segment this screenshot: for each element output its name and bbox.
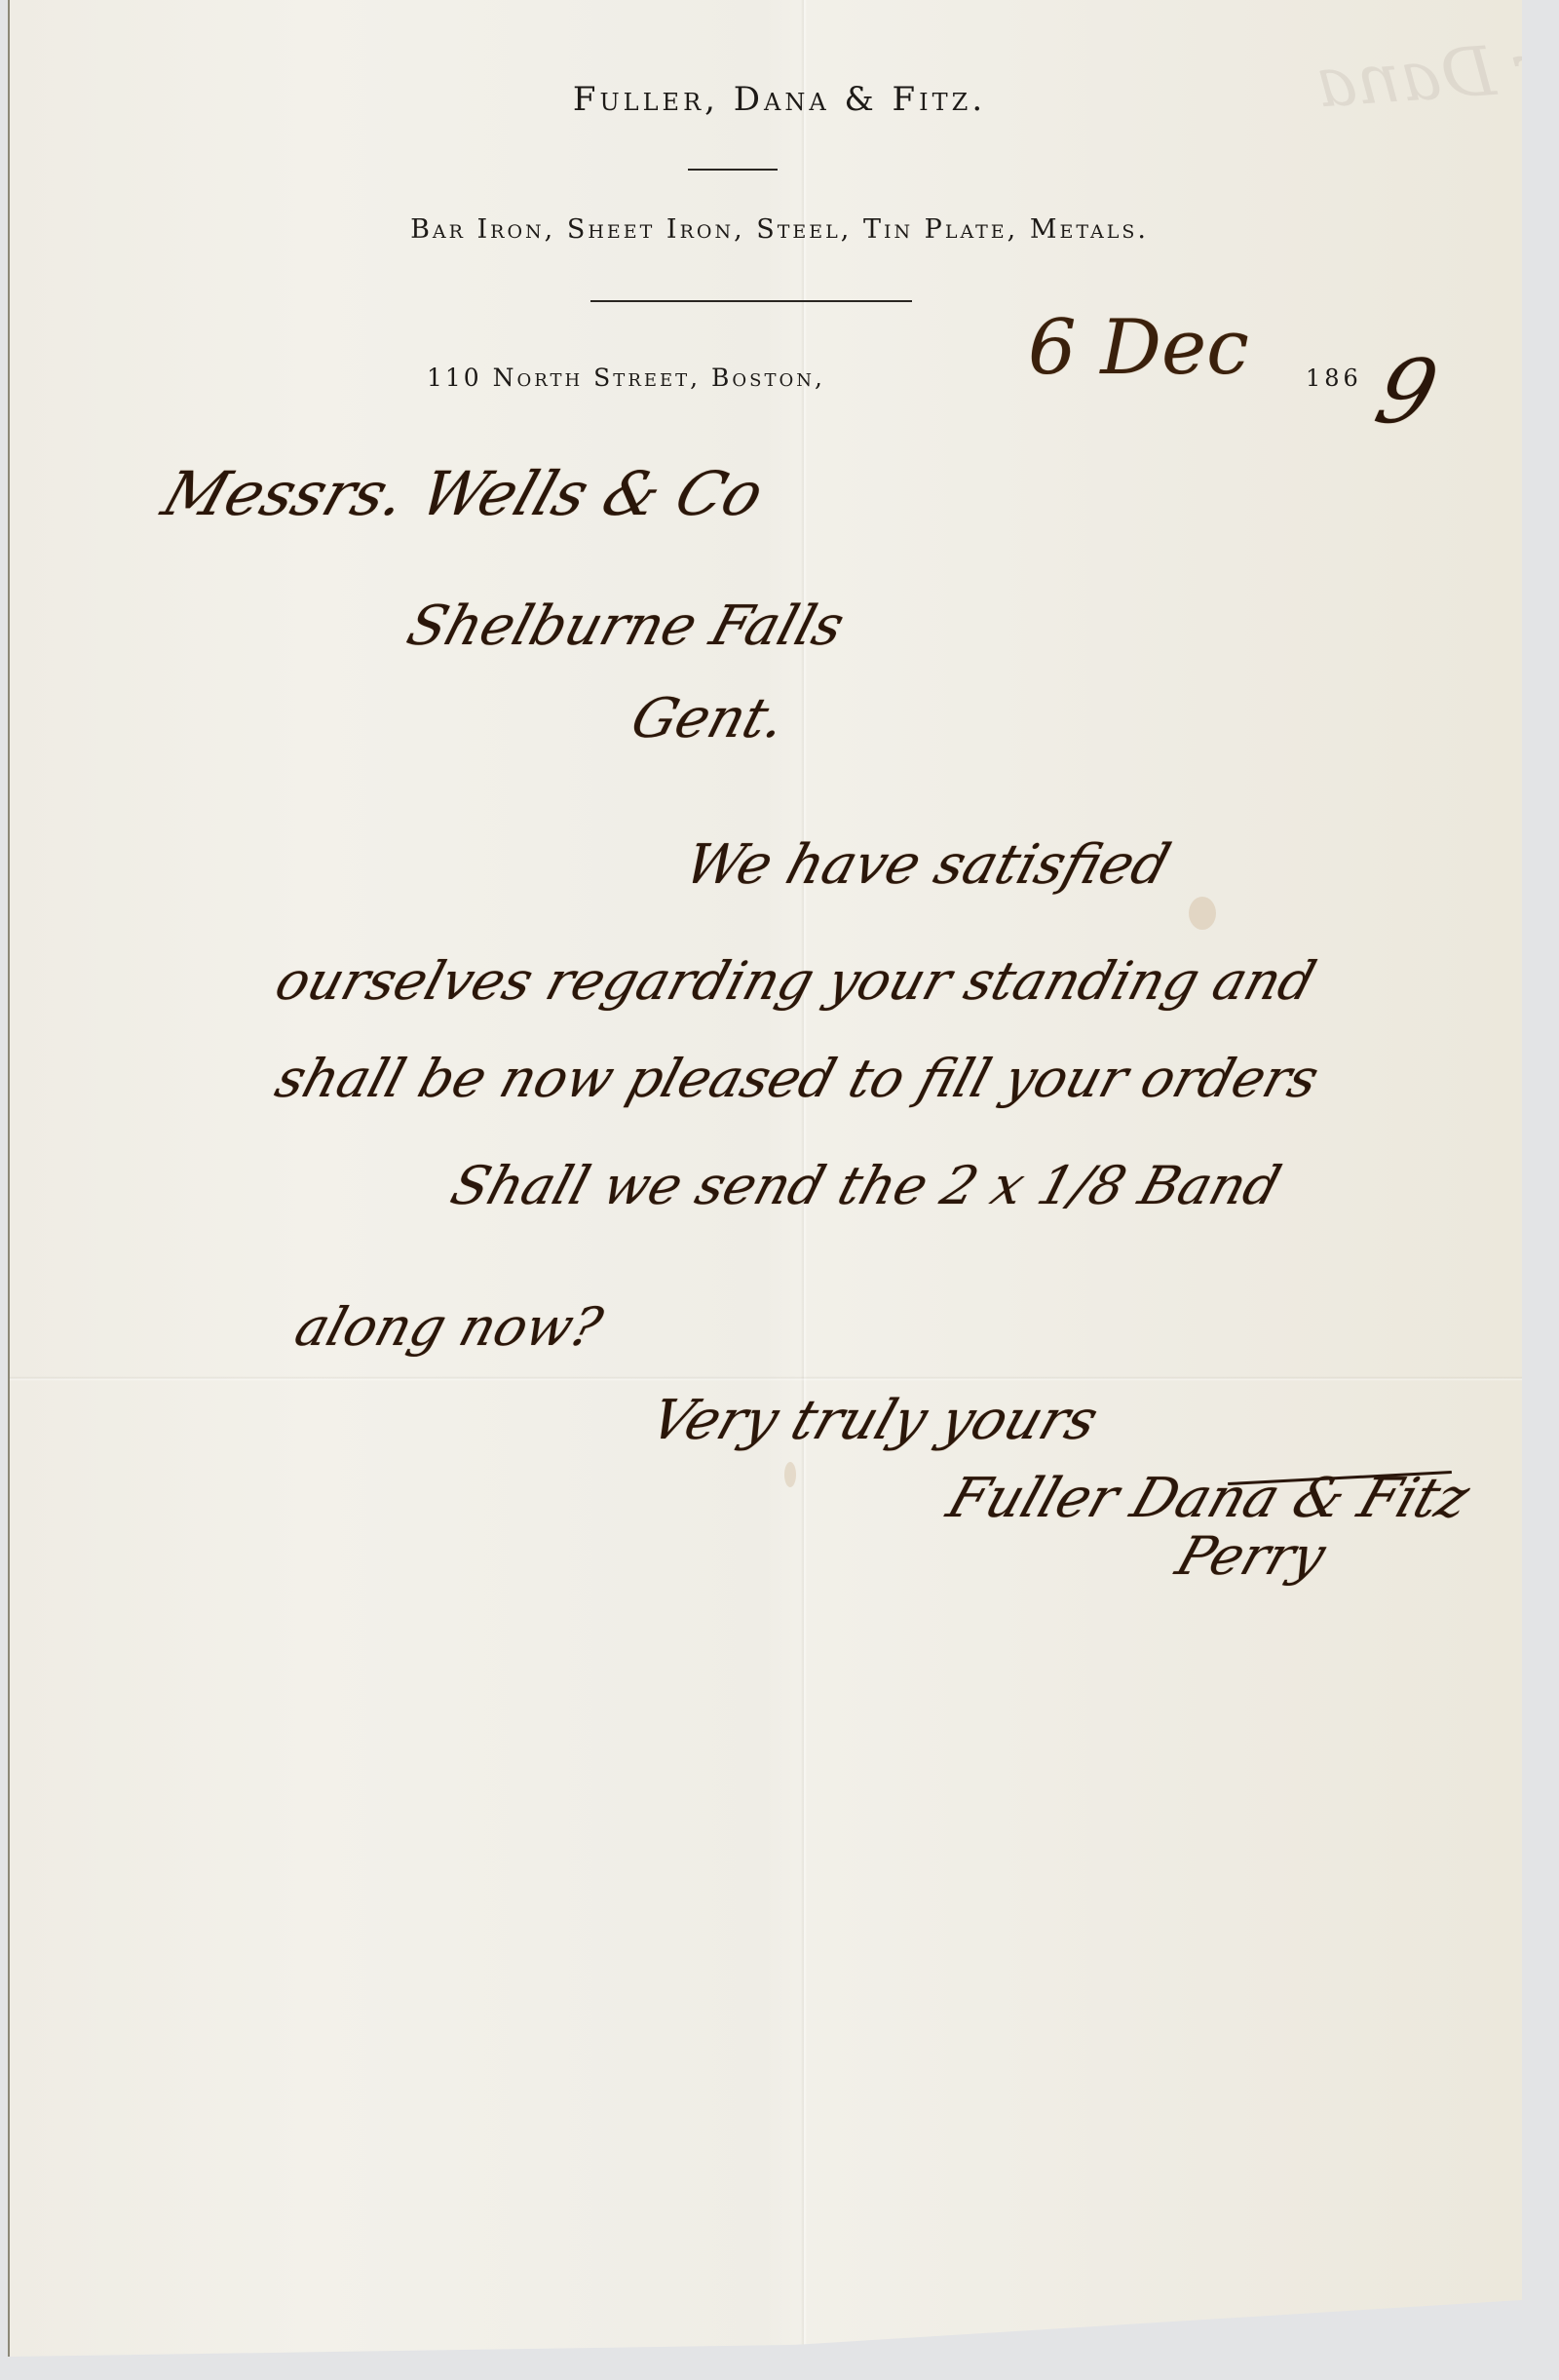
body-line: Shall we send the 2 x 1/8 Band: [444, 1155, 1287, 1216]
body-line: We have satisfied: [678, 833, 1177, 897]
handwritten-date: 6 Dec: [1028, 304, 1249, 392]
ink-stain: [1189, 897, 1216, 930]
letterhead-rule: [590, 300, 912, 302]
scanned-letter: Fuller Dana Fuller, Dana & Fitz. Bar Iro…: [0, 0, 1559, 2380]
signer-name: Perry: [1169, 1525, 1333, 1587]
body-line: shall be now pleased to fill your orders: [269, 1048, 1325, 1109]
letterhead-year-prefix: 186: [1306, 365, 1362, 392]
horizontal-fold-crease: [10, 1376, 1522, 1381]
letterhead-firm-name: Fuller, Dana & Fitz.: [0, 80, 1559, 119]
recipient-name: Messrs. Wells & Co: [154, 458, 773, 529]
body-line: ourselves regarding your standing and: [269, 950, 1322, 1012]
recipient-location: Shelburne Falls: [400, 595, 852, 658]
ink-stain: [784, 1462, 796, 1487]
valediction: Very truly yours: [642, 1389, 1105, 1452]
salutation: Gent.: [625, 687, 793, 750]
letterhead-rule: [688, 169, 778, 171]
letterhead-trade-line: Bar Iron, Sheet Iron, Steel, Tin Plate, …: [0, 214, 1559, 245]
body-line: along now?: [288, 1296, 609, 1358]
letterhead-address: 110 North Street, Boston,: [427, 364, 825, 392]
